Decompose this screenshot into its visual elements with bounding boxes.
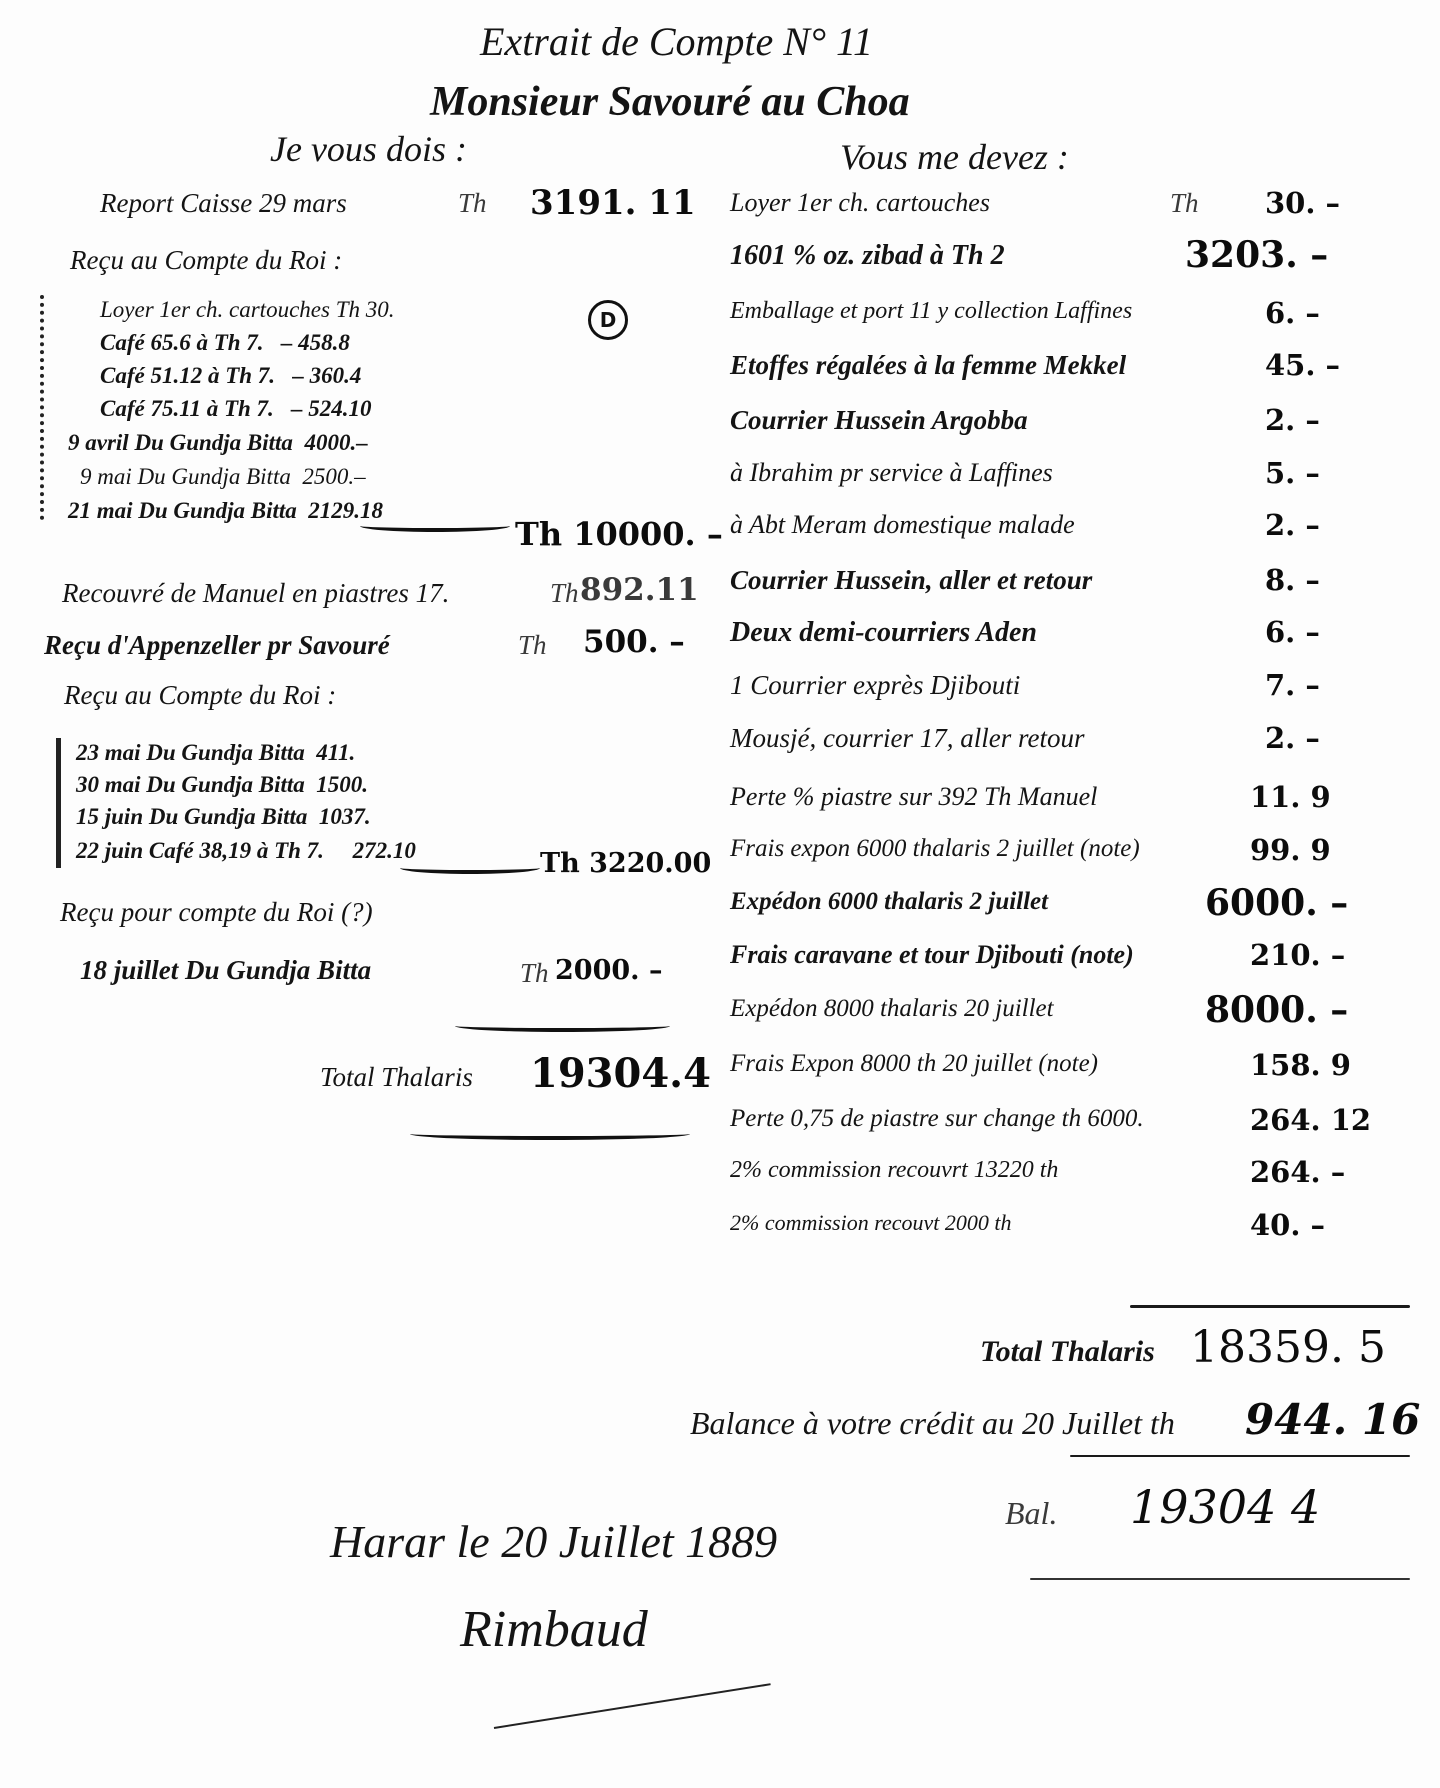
left-entry-text: Reçu au Compte du Roi : — [64, 680, 336, 711]
underline-stroke — [400, 862, 540, 874]
list-item: 15 juin Du Gundja Bitta 1037. — [76, 804, 371, 830]
right-entry-amount: 11. 9 — [1250, 780, 1331, 814]
right-entry-text: Etoffes régalées à la femme Mekkel — [730, 350, 1126, 381]
balance-label: Balance à votre crédit au 20 Juillet th — [690, 1405, 1175, 1442]
right-entry-amount: 264. 12 — [1250, 1103, 1371, 1137]
list-item: Café 65.6 à Th 7. – 458.8 — [100, 330, 350, 356]
right-entry-amount: 2. – — [1265, 508, 1320, 542]
left-entry-text: Recouvré de Manuel en piastres 17. — [62, 578, 449, 609]
list-item: 9 mai Du Gundja Bitta 2500.– — [80, 464, 366, 490]
right-entry-amount: 8. – — [1265, 563, 1320, 597]
right-entry-text: Deux demi-courriers Aden — [730, 617, 1037, 649]
list-item: 9 avril Du Gundja Bitta 4000.– — [68, 430, 368, 456]
right-total-label: Total Thalaris — [980, 1335, 1155, 1369]
left-entry-text: Reçu au Compte du Roi : — [70, 245, 342, 276]
right-entry-amount: 99. 9 — [1250, 833, 1331, 867]
right-entry-currency: Th — [1170, 188, 1199, 219]
left-entry-amount: 2000. – — [555, 955, 662, 986]
underline-stroke — [1070, 1455, 1410, 1457]
signature: Rimbaud — [460, 1600, 648, 1659]
list-item: Café 75.11 à Th 7. – 524.10 — [100, 396, 372, 422]
balance-value: 944. 16 — [1245, 1395, 1420, 1444]
archive-stamp-icon: D — [588, 300, 628, 340]
right-entry-amount: 6. – — [1265, 615, 1320, 649]
roi-group-2-total: Th 3220.00 — [540, 848, 711, 879]
right-entry-amount: 264. – — [1250, 1155, 1345, 1189]
left-entry-currency: Th — [520, 958, 549, 989]
right-entry-text: Mousjé, courrier 17, aller retour — [730, 723, 1084, 754]
right-entry-amount: 30. – — [1265, 186, 1340, 220]
right-entry-amount: 3203. – — [1185, 234, 1328, 276]
right-entry-text: 2% commission recouvrt 13220 th — [730, 1157, 1058, 1184]
right-entry-text: Perte 0,75 de piastre sur change th 6000… — [730, 1105, 1144, 1133]
left-entry-currency: Th — [518, 630, 547, 661]
left-entry-text: 18 juillet Du Gundja Bitta — [80, 955, 371, 986]
place-date: Harar le 20 Juillet 1889 — [330, 1515, 777, 1568]
bal-label: Bal. — [1005, 1495, 1057, 1532]
underline-stroke — [1030, 1578, 1410, 1580]
right-entry-text: Frais Expon 8000 th 20 juillet (note) — [730, 1050, 1098, 1078]
right-entry-amount: 210. – — [1250, 938, 1345, 972]
right-entry-amount: 158. 9 — [1250, 1048, 1351, 1082]
right-entry-amount: 6000. – — [1205, 882, 1348, 924]
right-entry-amount: 6. – — [1265, 296, 1320, 330]
underline-stroke — [360, 520, 510, 532]
right-total-value: 18359. 5 — [1190, 1322, 1386, 1373]
left-entry-amount: 500. – — [583, 624, 685, 660]
bracket-marker — [56, 738, 71, 868]
left-entry-text: Report Caisse 29 mars — [100, 188, 347, 219]
roi-group-1-total: Th 10000. – — [515, 515, 723, 553]
right-entry-amount: 2. – — [1265, 403, 1320, 437]
signature-flourish — [494, 1683, 771, 1729]
left-entry-amount: 892.11 — [580, 572, 699, 608]
bracket-marker — [40, 295, 54, 520]
left-entry-currency: Th — [550, 578, 579, 609]
list-item: Café 51.12 à Th 7. – 360.4 — [100, 363, 361, 389]
right-entry-amount: 8000. – — [1205, 989, 1348, 1031]
left-total-label: Total Thalaris — [320, 1062, 473, 1093]
list-item: 21 mai Du Gundja Bitta 2129.18 — [68, 498, 383, 524]
left-entry-currency: Th — [458, 188, 487, 219]
right-entry-text: 1601 % oz. zibad à Th 2 — [730, 240, 1005, 272]
right-entry-text: Perte % piastre sur 392 Th Manuel — [730, 782, 1097, 812]
right-entry-text: Expédon 8000 thalaris 20 juillet — [730, 995, 1054, 1023]
right-entry-text: Frais caravane et tour Djibouti (note) — [730, 940, 1134, 970]
scanned-ledger-page: Extrait de Compte N° 11 Monsieur Savouré… — [0, 0, 1440, 1788]
list-item: 22 juin Café 38,19 à Th 7. 272.10 — [76, 838, 416, 864]
underline-stroke — [1130, 1305, 1410, 1308]
right-entry-text: Expédon 6000 thalaris 2 juillet — [730, 888, 1048, 916]
list-item: Loyer 1er ch. cartouches Th 30. — [100, 297, 395, 323]
right-entry-text: à Abt Meram domestique malade — [730, 510, 1075, 540]
right-entry-text: Loyer 1er ch. cartouches — [730, 188, 990, 218]
right-entry-text: à Ibrahim pr service à Laffines — [730, 458, 1053, 488]
right-entry-amount: 40. – — [1250, 1208, 1325, 1242]
left-total-value: 19304.4 — [530, 1050, 711, 1097]
underline-stroke — [455, 1020, 670, 1032]
left-entry-amount: 3191. 11 — [530, 183, 696, 223]
column-header-debit: Je vous dois : — [270, 128, 467, 170]
right-entry-text: Courrier Hussein Argobba — [730, 405, 1028, 436]
right-entry-text: Frais expon 6000 thalaris 2 juillet (not… — [730, 835, 1140, 863]
right-entry-text: Emballage et port 11 y collection Laffin… — [730, 298, 1132, 325]
right-entry-amount: 45. – — [1265, 348, 1340, 382]
left-entry-text: Reçu pour compte du Roi (?) — [60, 897, 373, 928]
right-entry-amount: 5. – — [1265, 456, 1320, 490]
right-entry-text: 2% commission recouvt 2000 th — [730, 1210, 1011, 1236]
list-item: 30 mai Du Gundja Bitta 1500. — [76, 772, 368, 798]
document-addressee: Monsieur Savouré au Choa — [430, 78, 910, 126]
list-item: 23 mai Du Gundja Bitta 411. — [76, 740, 355, 766]
right-entry-amount: 7. – — [1265, 668, 1320, 702]
right-entry-amount: 2. – — [1265, 721, 1320, 755]
column-header-credit: Vous me devez : — [840, 136, 1069, 178]
left-entry-text: Reçu d'Appenzeller pr Savouré — [44, 630, 390, 661]
right-entry-text: 1 Courrier exprès Djibouti — [730, 670, 1020, 701]
bal-value: 19304 4 — [1130, 1480, 1320, 1534]
right-entry-text: Courrier Hussein, aller et retour — [730, 565, 1092, 596]
underline-stroke — [410, 1128, 690, 1140]
document-title: Extrait de Compte N° 11 — [480, 18, 873, 65]
